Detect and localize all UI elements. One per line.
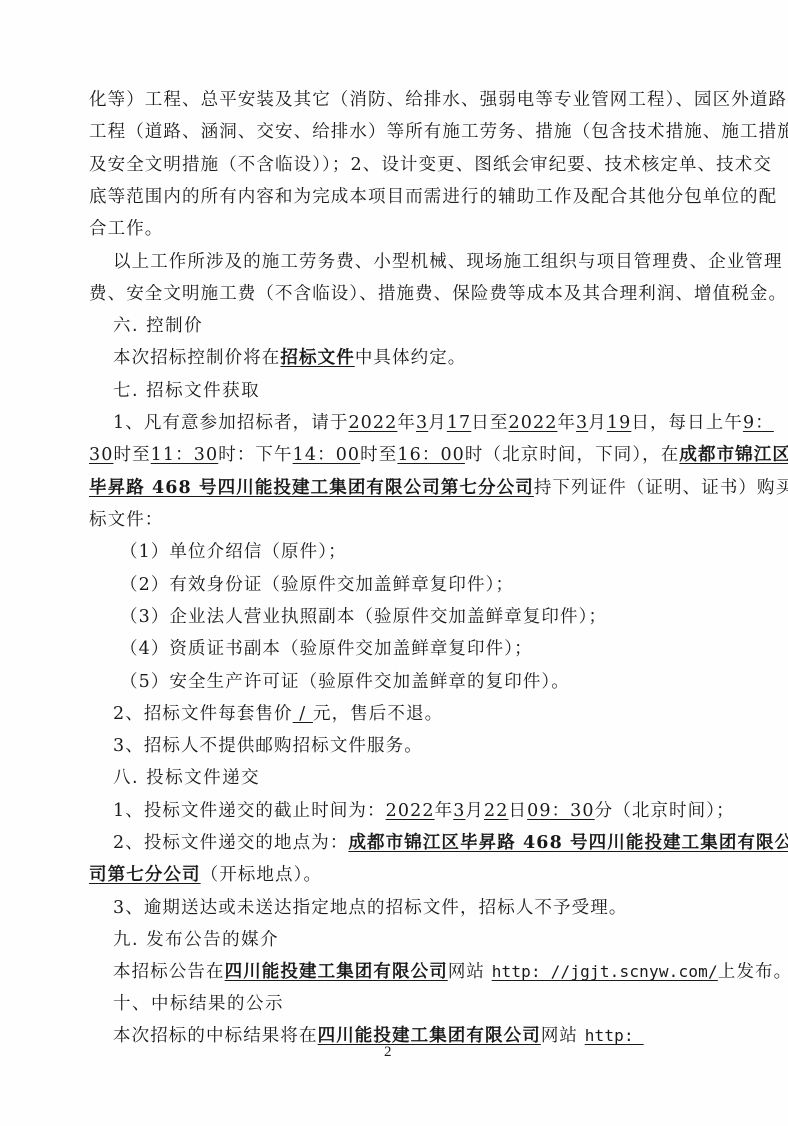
text: 持下列证件（证明、证书）购买招 [534, 478, 788, 498]
text: 1、凡有意参加招标者，请于 [113, 413, 348, 433]
deadline-time: 09：30 [527, 801, 595, 821]
required-document-5: （5）安全生产许可证（验原件交加盖鲜章的复印件）。 [120, 670, 693, 694]
page-number: 2 [384, 1043, 392, 1061]
text: 日至 [471, 413, 508, 433]
end-day: 19 [607, 413, 631, 433]
start-day: 17 [447, 413, 471, 433]
text: 日 [509, 801, 528, 821]
am-end-time: 11：30 [151, 445, 219, 465]
section-9-heading: 九. 发布公告的媒介 [113, 928, 693, 952]
section-7-item-1-line-3: 毕昇路 468 号四川能投建工集团有限公司第七分公司持下列证件（证明、证书）购买… [89, 476, 693, 500]
section-7-item-1-line-2: 30时至11：30时：下午14：00时至16：00时（北京时间，下同），在成都市… [89, 443, 693, 467]
scope-line-4: 底等范围内的所有内容和为完成本项目而需进行的辅助工作及配合其他分包单位的配 [89, 185, 693, 209]
required-document-2: （2）有效身份证（验原件交加盖鲜章复印件）； [120, 573, 693, 597]
deadline-day: 22 [484, 801, 508, 821]
section-7-item-1-line-1: 1、凡有意参加招标者，请于2022年3月17日至2022年3月19日，每日上午9… [113, 411, 693, 435]
section-7-item-2: 2、招标文件每套售价 / 元，售后不退。 [113, 702, 693, 726]
purchase-location-part-1: 成都市锦江区 [679, 445, 788, 465]
text: 本招标公告在 [113, 962, 225, 982]
section-6-heading: 六. 控制价 [113, 314, 693, 338]
text: 时：下午 [218, 445, 292, 465]
scope-line-2: 工程（道路、涵洞、交安、给排水）等所有施工劳务、措施（包含技术措施、施工措施 [89, 120, 693, 144]
end-year: 2022 [509, 413, 558, 433]
text: 1、投标文件递交的截止时间为： [113, 801, 386, 821]
section-6-body: 本次招标控制价将在招标文件中具体约定。 [113, 346, 693, 370]
text: 月 [588, 413, 607, 433]
scope-line-1: 化等）工程、总平安装及其它（消防、给排水、强弱电等专业管网工程）、园区外道路 [89, 88, 693, 112]
section-8-item-2-line-2: 司第七分公司（开标地点）。 [89, 863, 693, 887]
deadline-year: 2022 [386, 801, 435, 821]
section-8-item-2-line-1: 2、投标文件递交的地点为：成都市锦江区毕昇路 468 号四川能投建工集团有限公 [113, 831, 693, 855]
text: 时至 [113, 445, 150, 465]
section-8-heading: 八. 投标文件递交 [113, 766, 693, 790]
required-document-3: （3）企业法人营业执照副本（验原件交加盖鲜章复印件）； [120, 605, 693, 629]
document-page: 化等）工程、总平安装及其它（消防、给排水、强弱电等专业管网工程）、园区外道路 工… [0, 0, 788, 1126]
cost-line-1: 以上工作所涉及的施工劳务费、小型机械、现场施工组织与项目管理费、企业管理 [113, 250, 693, 274]
scope-line-5: 合工作。 [89, 217, 693, 241]
section-10-heading: 十、中标结果的公示 [113, 992, 693, 1016]
section-8-item-3: 3、逾期送达或未送达指定地点的招标文件，招标人不予受理。 [113, 896, 693, 920]
announcement-url-link[interactable]: http: //jgjt.scnyw.com/ [492, 962, 718, 981]
text: 年 [397, 413, 416, 433]
company-name: 四川能投建工集团有限公司 [225, 962, 448, 982]
text: 月 [428, 413, 447, 433]
section-7-heading: 七. 招标文件获取 [113, 379, 693, 403]
section-6-body-prefix: 本次招标控制价将在 [113, 348, 280, 368]
section-10-body: 本次招标的中标结果将在四川能投建工集团有限公司网站 http: [113, 1024, 693, 1048]
pm-start-time: 14：00 [293, 445, 361, 465]
am-start-hour: 9： [743, 413, 774, 433]
section-7-item-1-line-4: 标文件： [89, 508, 693, 532]
submission-location-part-2: 司第七分公司 [89, 865, 201, 885]
required-document-4: （4）资质证书副本（验原件交加盖鲜章复印件）； [120, 637, 693, 661]
text: 网站 [448, 962, 485, 982]
required-document-1: （1）单位介绍信（原件）； [120, 540, 693, 564]
text: 本次招标的中标结果将在 [113, 1026, 318, 1046]
text: 年 [435, 801, 454, 821]
cost-line-2: 费、安全文明施工费（不含临设）、措施费、保险费等成本及其合理利润、增值税金。 [89, 282, 693, 306]
text: 2、招标文件每套售价 [113, 704, 293, 724]
text: 日，每日上午 [631, 413, 743, 433]
text: 月 [465, 801, 484, 821]
result-url-link[interactable]: http: [585, 1026, 644, 1045]
section-9-body: 本招标公告在四川能投建工集团有限公司网站 http: //jgjt.scnyw.… [113, 960, 693, 984]
text: 上发布。 [718, 962, 788, 982]
deadline-month: 3 [453, 801, 465, 821]
scope-line-3: 及安全文明措施（不含临设））；2、设计变更、图纸会审纪要、技术核定单、技术交 [89, 153, 693, 177]
section-6-body-suffix: 中具体约定。 [355, 348, 467, 368]
submission-location-part-1: 成都市锦江区毕昇路 468 号四川能投建工集团有限公 [348, 833, 788, 853]
text: （开标地点）。 [201, 865, 322, 885]
pm-end-time: 16：00 [397, 445, 465, 465]
text: 年 [557, 413, 576, 433]
purchase-location-part-2: 毕昇路 468 号四川能投建工集团有限公司第七分公司 [89, 478, 534, 498]
tender-document-ref: 招标文件 [280, 348, 354, 368]
am-start-minute: 30 [89, 445, 113, 465]
document-price: / [293, 704, 313, 724]
text: 元，售后不退。 [313, 704, 443, 724]
start-year: 2022 [348, 413, 397, 433]
text: 时至 [360, 445, 397, 465]
text: 2、投标文件递交的地点为： [113, 833, 348, 853]
text: 网站 [541, 1026, 578, 1046]
section-7-item-3: 3、招标人不提供邮购招标文件服务。 [113, 734, 693, 758]
text: 时（北京时间，下同），在 [465, 445, 679, 465]
start-month: 3 [416, 413, 428, 433]
section-8-item-1: 1、投标文件递交的截止时间为：2022年3月22日09：30分（北京时间）； [113, 799, 693, 823]
text: 分（北京时间）； [595, 801, 735, 821]
company-name: 四川能投建工集团有限公司 [318, 1026, 541, 1046]
end-month: 3 [576, 413, 588, 433]
